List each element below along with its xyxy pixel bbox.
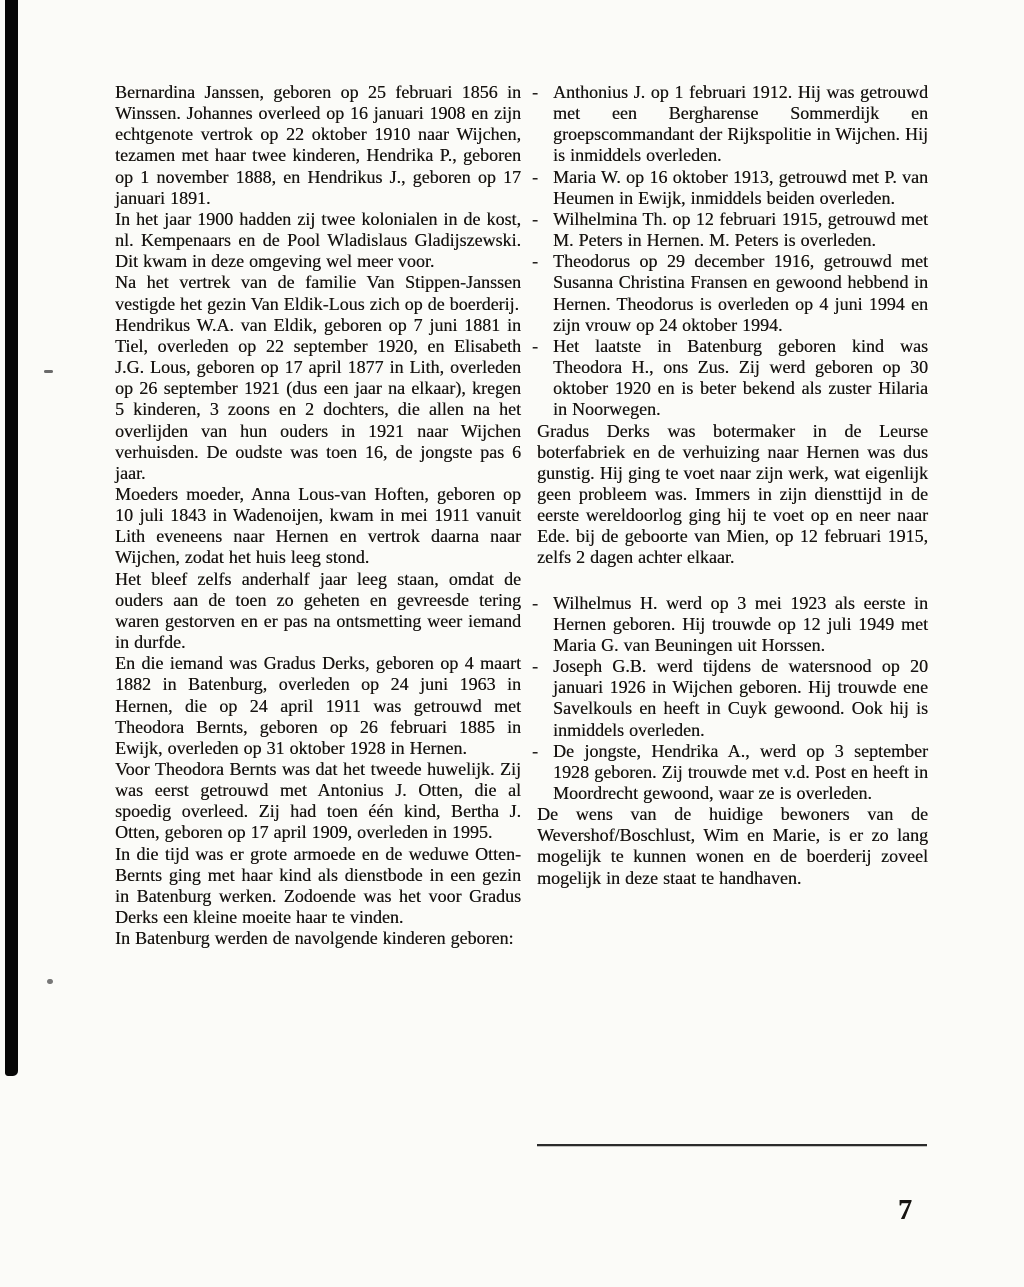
list-item: - Wilhelmina Th. op 12 februari 1915, ge… [532,209,928,251]
paragraph: Hendrikus W.A. van Eldik, geboren op 7 j… [115,315,521,484]
list-item: - Theodorus op 29 december 1916, getrouw… [532,251,928,336]
list-item: - Maria W. op 16 oktober 1913, getrouwd … [532,167,928,209]
paragraph: In Batenburg werden de navolgende kinder… [115,928,521,949]
list-item-text: Joseph G.B. werd tijdens de watersnood o… [553,656,928,741]
dash-marker: - [532,593,553,614]
paragraph: Voor Theodora Bernts was dat het tweede … [115,759,521,844]
page-number: 7 [880,1196,930,1226]
list-item-text: Wilhelmus H. werd op 3 mei 1923 als eers… [553,593,928,656]
list-item-text: Wilhelmina Th. op 12 februari 1915, getr… [553,209,928,251]
scan-speck [44,370,53,373]
list-item-text: Maria W. op 16 oktober 1913, getrouwd me… [553,167,928,209]
list-item: - De jongste, Hendrika A., werd op 3 sep… [532,741,928,804]
children-list-batenburg: - Anthonius J. op 1 februari 1912. Hij w… [532,82,928,421]
list-item-text: Anthonius J. op 1 februari 1912. Hij was… [553,82,928,167]
dash-marker: - [532,167,553,188]
scan-speck [47,979,53,984]
list-item: - Joseph G.B. werd tijdens de watersnood… [532,656,928,741]
footer-divider-line [537,1144,927,1146]
scan-edge-artifact [5,0,18,1076]
dash-marker: - [532,336,553,357]
dash-marker: - [532,656,553,677]
children-list-hernen: - Wilhelmus H. werd op 3 mei 1923 als ee… [532,593,928,805]
list-item-text: De jongste, Hendrika A., werd op 3 septe… [553,741,928,804]
paragraph: Het bleef zelfs anderhalf jaar leeg staa… [115,569,521,654]
dash-marker: - [532,741,553,762]
paragraph: In die tijd was er grote armoede en de w… [115,844,521,929]
list-item-text: Theodorus op 29 december 1916, getrouwd … [553,251,928,336]
dash-marker: - [532,82,553,103]
paragraph: In het jaar 1900 hadden zij twee kolonia… [115,209,521,272]
paragraph-wens: De wens van de huidige bewoners van de W… [537,804,928,889]
dash-marker: - [532,251,553,272]
left-column: Bernardina Janssen, geboren op 25 februa… [115,82,521,949]
scanned-page: Bernardina Janssen, geboren op 25 februa… [0,0,1024,1287]
list-item: - Anthonius J. op 1 februari 1912. Hij w… [532,82,928,167]
paragraph: En die iemand was Gradus Derks, geboren … [115,653,521,759]
paragraph: Na het vertrek van de familie Van Stippe… [115,272,521,314]
paragraph-botermaker: Gradus Derks was botermaker in de Leurse… [537,421,928,569]
list-item: - Het laatste in Batenburg geboren kind … [532,336,928,421]
list-item: - Wilhelmus H. werd op 3 mei 1923 als ee… [532,593,928,656]
list-item-text: Het laatste in Batenburg geboren kind wa… [553,336,928,421]
paragraph: Moeders moeder, Anna Lous-van Hoften, ge… [115,484,521,569]
paragraph: Bernardina Janssen, geboren op 25 februa… [115,82,521,209]
right-column: - Anthonius J. op 1 februari 1912. Hij w… [532,82,928,889]
dash-marker: - [532,209,553,230]
